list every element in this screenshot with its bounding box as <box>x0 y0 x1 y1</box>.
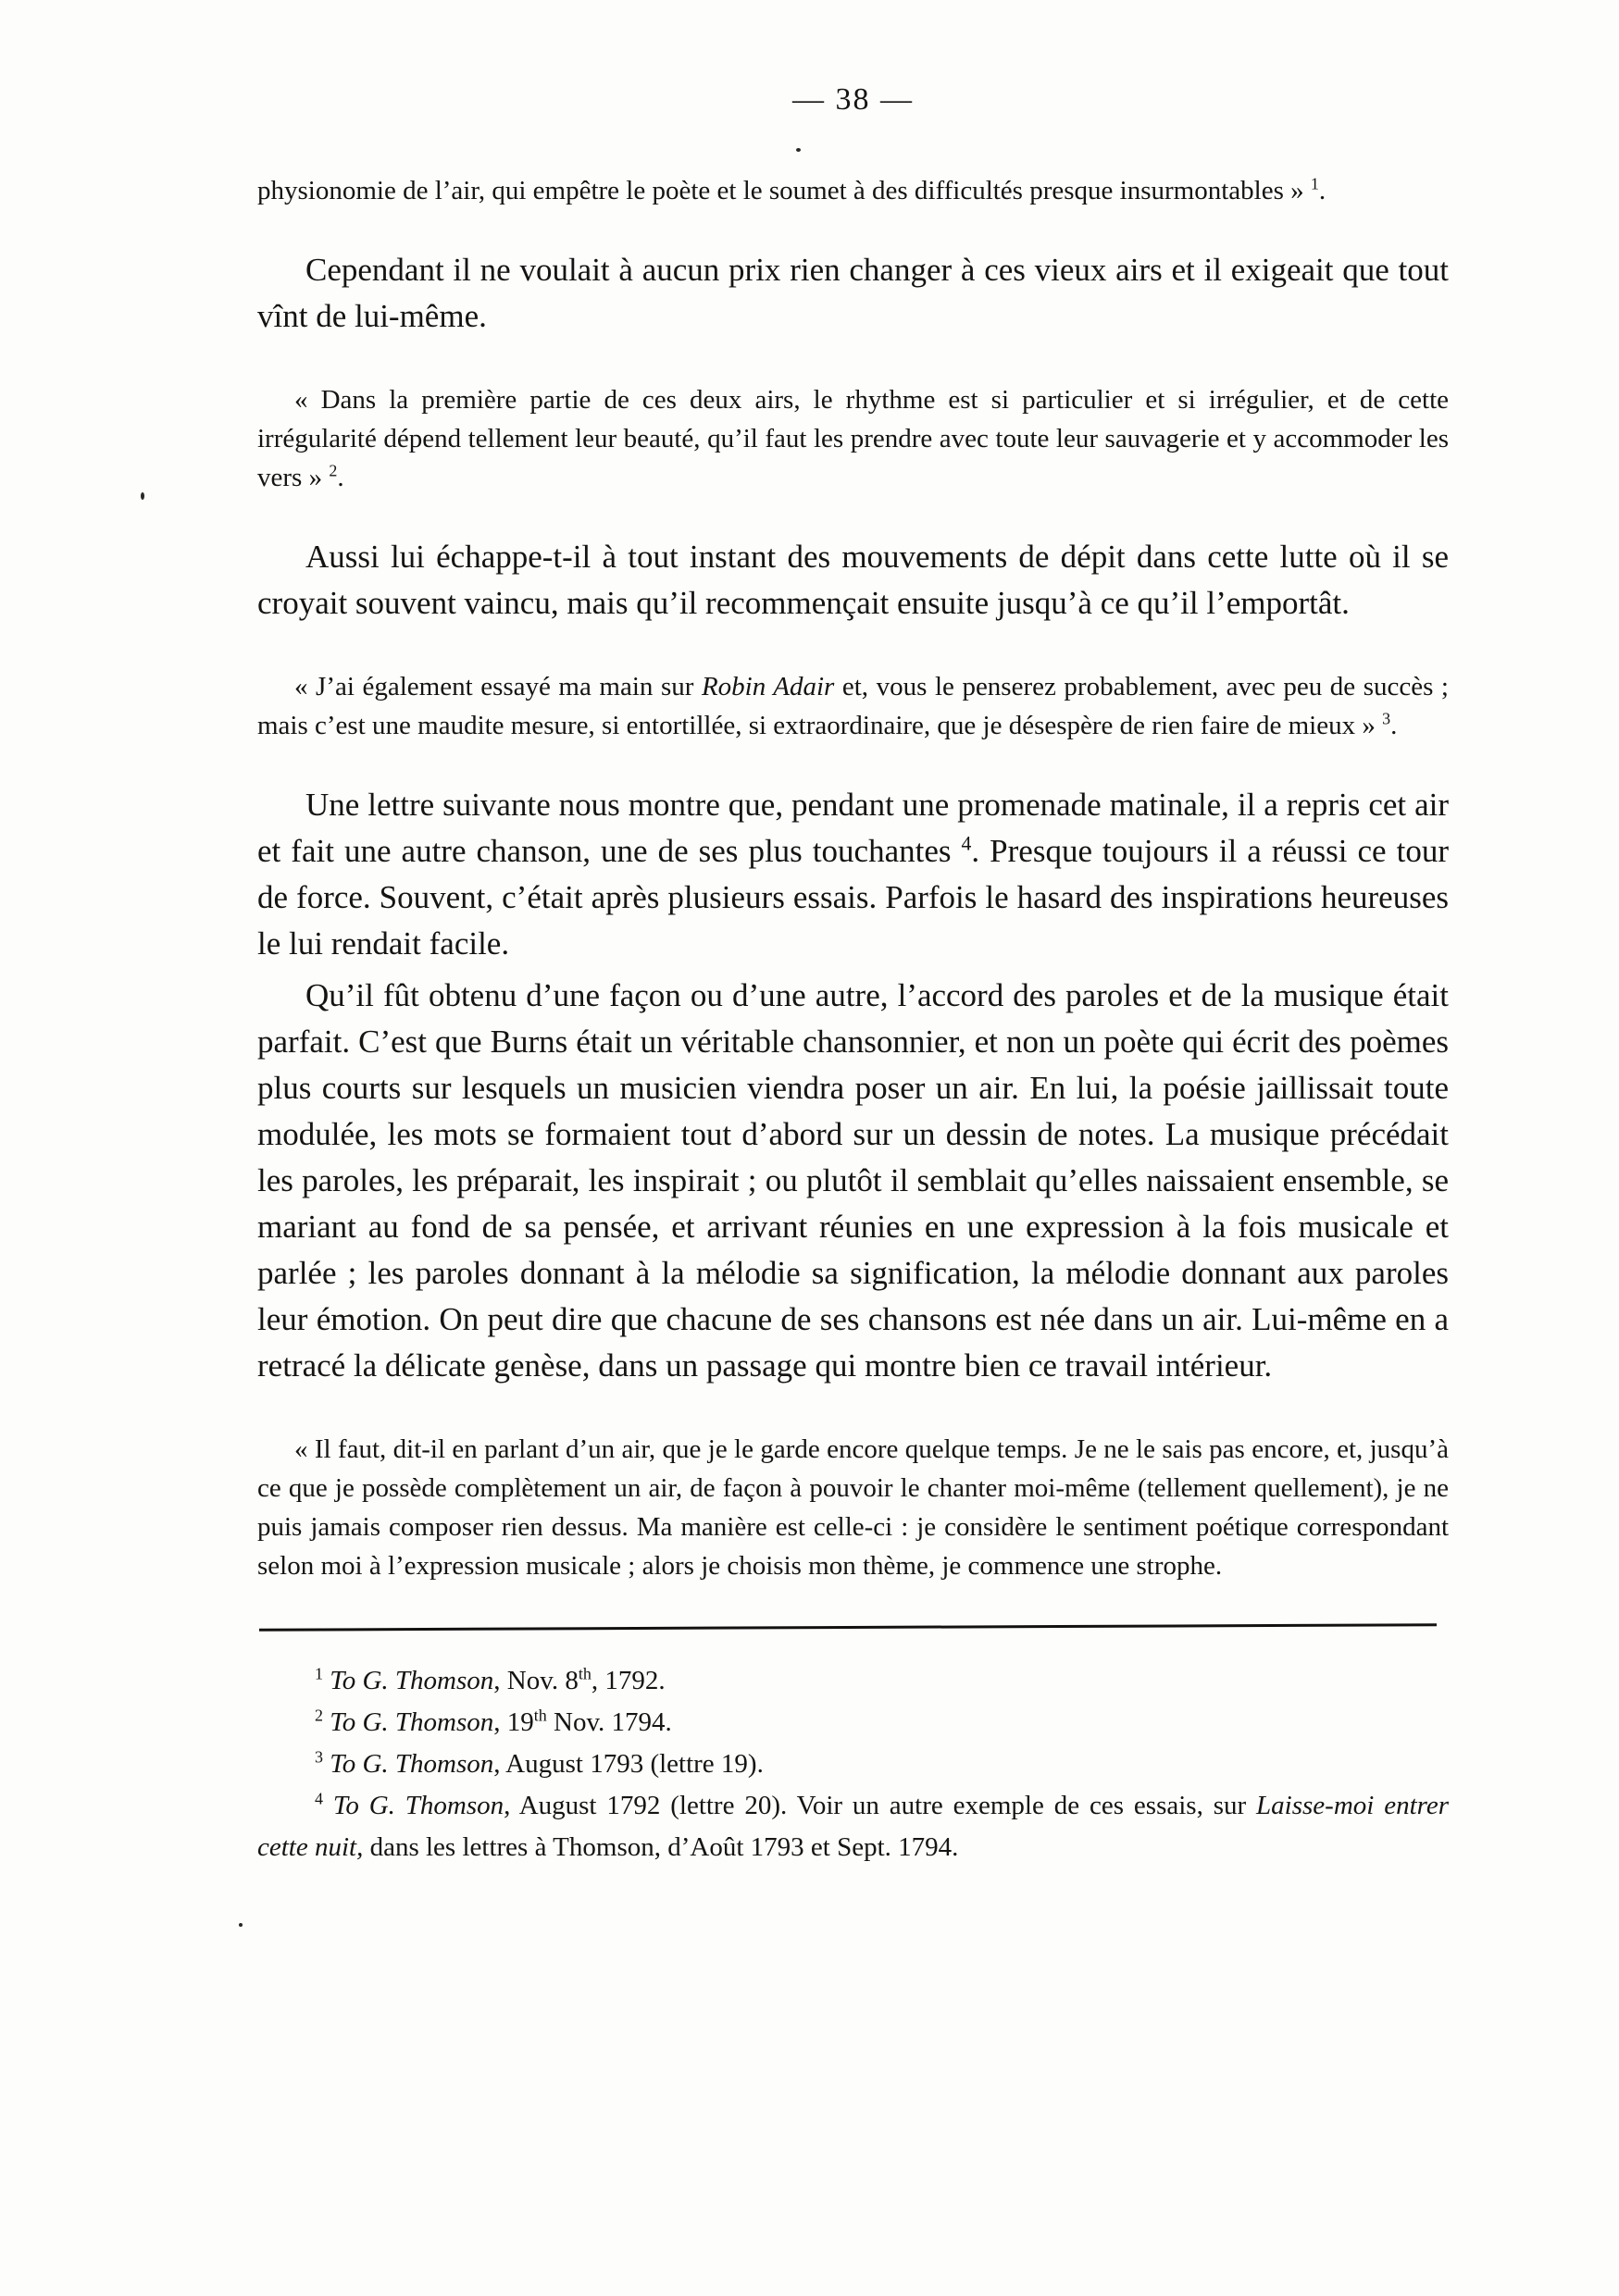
footnote-item: 4 To G. Thomson, August 1792 (lettre 20)… <box>257 1785 1449 1868</box>
text-segment-sup: 3 <box>1382 709 1390 727</box>
text-segment: , August 1793 (lettre 19). <box>493 1749 764 1779</box>
footnotes: 1 To G. Thomson, Nov. 8th, 1792.2 To G. … <box>257 1660 1449 1868</box>
quote-fragment-continued: physionomie de l’air, qui empêtre le poè… <box>257 171 1449 210</box>
text-segment: Cependant il ne voulait à aucun prix rie… <box>257 252 1449 334</box>
footnote-item: 3 To G. Thomson, August 1793 (lettre 19)… <box>257 1744 1449 1785</box>
text-segment-sup: 2 <box>329 461 337 479</box>
scan-speck <box>141 492 144 500</box>
text-segment: . <box>1319 176 1326 205</box>
text-segment-italic: To G. Thomson <box>333 1791 504 1820</box>
text-segment-sup: th <box>534 1706 547 1724</box>
text-segment-sup: 1 <box>1311 174 1319 192</box>
paragraph-aussi: Aussi lui échappe-t-il à tout instant de… <box>257 534 1449 627</box>
page-header: — 38 — <box>257 80 1449 120</box>
text-segment: « Dans la première partie de ces deux ai… <box>257 385 1449 492</box>
text-segment-italic: To G. Thomson <box>330 1749 493 1779</box>
text-segment: . <box>1390 711 1397 740</box>
text-segment-sup: 3 <box>315 1747 323 1766</box>
footnote-item: 2 To G. Thomson, 19th Nov. 1794. <box>257 1702 1449 1744</box>
text-segment: « J’ai également essayé ma main sur <box>294 672 702 701</box>
footnote-rule <box>259 1623 1437 1632</box>
footnote-item: 1 To G. Thomson, Nov. 8th, 1792. <box>257 1660 1449 1702</box>
text-segment-italic: To G. Thomson <box>330 1666 493 1695</box>
paragraph-quil-fut-obtenu: Qu’il fût obtenu d’une façon ou d’une au… <box>257 973 1449 1389</box>
paragraph-cependant: Cependant il ne voulait à aucun prix rie… <box>257 247 1449 340</box>
text-segment: « Il faut, dit-il en parlant d’un air, q… <box>257 1434 1449 1581</box>
text-segment: . <box>337 463 343 492</box>
text-segment: Qu’il fût obtenu d’une façon ou d’une au… <box>257 977 1449 1384</box>
text-segment: Aussi lui échappe-t-il à tout instant de… <box>257 539 1449 621</box>
body-blocks: physionomie de l’air, qui empêtre le poè… <box>257 171 1449 1585</box>
text-segment: physionomie de l’air, qui empêtre le poè… <box>257 176 1311 205</box>
quote-robin-adair: « J’ai également essayé ma main sur Robi… <box>257 667 1449 745</box>
text-segment-italic: Robin Adair <box>702 672 834 701</box>
text-segment: , August 1792 (lettre 20). Voir un autre… <box>504 1791 1256 1820</box>
scan-speck <box>239 1923 243 1927</box>
scan-speck <box>796 148 801 152</box>
text-segment-sup: th <box>579 1664 592 1682</box>
text-segment: , Nov. 8 <box>493 1666 579 1695</box>
book-page: — 38 — physionomie de l’air, qui empêtre… <box>0 0 1619 2296</box>
quote-il-faut: « Il faut, dit-il en parlant d’un air, q… <box>257 1430 1449 1585</box>
paragraph-une-lettre: Une lettre suivante nous montre que, pen… <box>257 782 1449 967</box>
text-segment: , 1792. <box>592 1666 666 1695</box>
quote-dans-la-premiere: « Dans la première partie de ces deux ai… <box>257 380 1449 497</box>
text-segment <box>323 1791 333 1820</box>
text-segment-sup: 1 <box>315 1664 323 1682</box>
text-segment: , 19 <box>493 1707 534 1737</box>
text-segment-italic: To G. Thomson <box>330 1707 493 1737</box>
text-segment-sup: 4 <box>962 832 972 854</box>
text-segment: dans les lettres à Thomson, d’Août 1793 … <box>363 1832 958 1862</box>
text-column: — 38 — physionomie de l’air, qui empêtre… <box>0 0 1619 1868</box>
page-number: — 38 — <box>257 80 1449 120</box>
text-segment-sup: 4 <box>315 1789 323 1807</box>
text-segment-sup: 2 <box>315 1706 323 1724</box>
text-segment: Nov. 1794. <box>547 1707 672 1737</box>
